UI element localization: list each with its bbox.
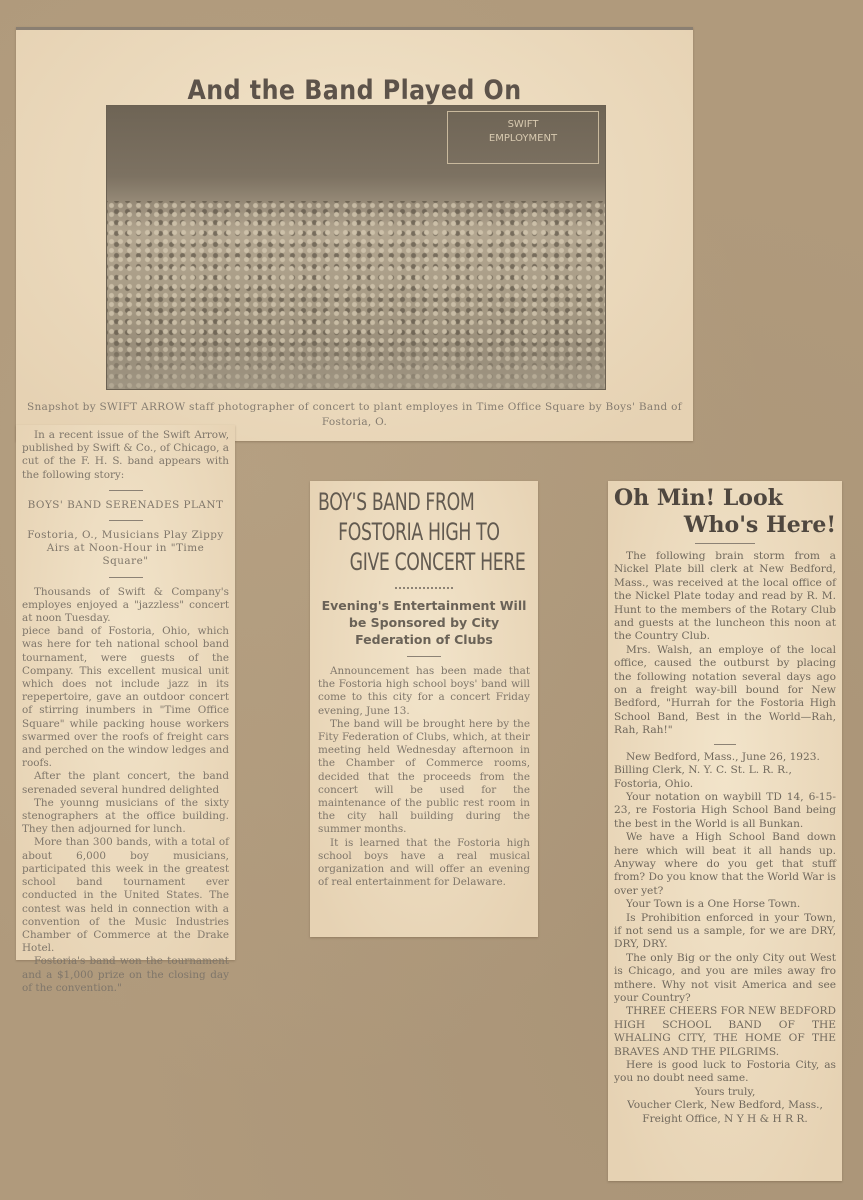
closing: Yours truly, — [614, 1086, 836, 1099]
headline: And the Band Played On — [57, 75, 653, 106]
top-clipping: And the Band Played On SWIFT EMPLOYMENT … — [16, 27, 693, 441]
divider — [109, 520, 143, 521]
right-clipping: Oh Min! Look Who's Here! The following b… — [608, 481, 842, 1181]
headline-line: BOY'S BAND FROM — [318, 487, 471, 517]
signature: Voucher Clerk, New Bedford, Mass., — [614, 1099, 836, 1112]
ground — [107, 339, 605, 389]
divider — [109, 577, 143, 578]
letter-paragraph: Your Town is a One Horse Town. — [614, 898, 836, 911]
middle-clipping: BOY'S BAND FROM FOSTORIA HIGH TO GIVE CO… — [310, 481, 538, 937]
paragraph: After the plant concert, the band serena… — [22, 770, 229, 796]
letter-paragraph: The only Big or the only City out West i… — [614, 952, 836, 1006]
employment-sign: SWIFT EMPLOYMENT — [447, 111, 599, 164]
paragraph: piece band of Fostoria, Ohio, which was … — [22, 625, 229, 770]
paragraph: Thousands of Swift & Company's employes … — [22, 586, 229, 626]
divider — [109, 490, 143, 491]
paragraph: Fostoria's band won the tournament and a… — [22, 955, 229, 995]
divider — [714, 744, 736, 745]
signature: Freight Office, N Y H & H R R. — [614, 1113, 836, 1126]
paragraph: It is learned that the Fostoria high sch… — [318, 837, 530, 890]
letter-paragraph: We have a High School Band down here whi… — [614, 831, 836, 898]
paragraph: Mrs. Walsh, an employe of the local offi… — [614, 644, 836, 738]
letter-paragraph: THREE CHEERS FOR NEW BEDFORD HIGH SCHOOL… — [614, 1005, 836, 1059]
paragraph: The younng musicians of the sixty stenog… — [22, 797, 229, 837]
left-clipping: In a recent issue of the Swift Arrow, pu… — [16, 425, 235, 960]
letter-paragraph: Here is good luck to Fostoria City, as y… — [614, 1059, 836, 1086]
intro-paragraph: In a recent issue of the Swift Arrow, pu… — [22, 429, 229, 482]
headline-line: GIVE CONCERT HERE — [318, 547, 471, 577]
headline-line: FOSTORIA HIGH TO — [318, 517, 471, 547]
paragraph: Announcement has been made that the Fost… — [318, 665, 530, 718]
divider — [395, 587, 453, 589]
concert-photo: SWIFT EMPLOYMENT — [106, 105, 606, 390]
deck: Evening's Entertainment Will be Sponsore… — [318, 597, 530, 648]
divider — [695, 543, 755, 544]
divider — [407, 656, 441, 657]
headline: Oh Min! Look Who's Here! — [614, 485, 836, 539]
letter-header: Billing Clerk, N. Y. C. St. L. R. R., — [614, 764, 836, 777]
letter-paragraph: Your notation on waybill TD 14, 6-15-23,… — [614, 791, 836, 831]
letter-paragraph: Is Prohibition enforced in your Town, if… — [614, 912, 836, 952]
letter-header: Fostoria, Ohio. — [614, 778, 836, 791]
paragraph: More than 300 bands, with a total of abo… — [22, 836, 229, 955]
letter-header: New Bedford, Mass., June 26, 1923. — [614, 751, 836, 764]
subhead: BOYS' BAND SERENADES PLANT — [22, 499, 229, 512]
paragraph: The band will be brought here by the Fit… — [318, 718, 530, 837]
paragraph: The following brain storm from a Nickel … — [614, 550, 836, 644]
subhead: Fostoria, O., Musicians Play Zippy Airs … — [22, 529, 229, 569]
